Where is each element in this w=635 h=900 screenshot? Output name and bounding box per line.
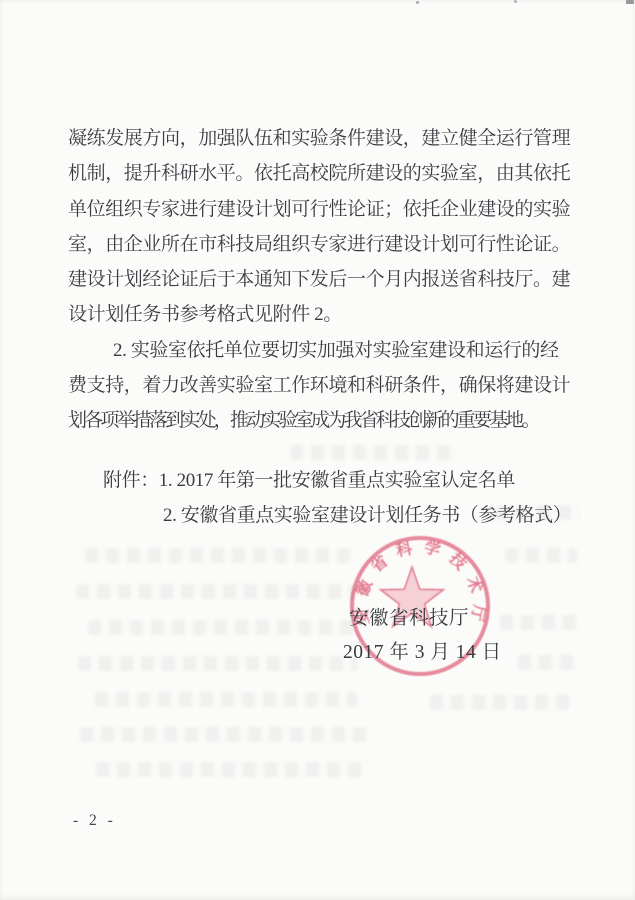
signature-block: 安徽省科技厅 2017 年 3 月 14 日 (343, 602, 502, 669)
scan-speck (416, 1, 419, 4)
body-line: 设计划任务书参考格式见附件 2。 (68, 297, 578, 332)
bleed-through-smudge (430, 695, 570, 710)
bleed-through-smudge (80, 727, 368, 742)
body-line: 单位组织专家进行建设计划可行性论证；依托企业建设的实验 (68, 192, 578, 227)
bleed-through-smudge (290, 445, 458, 460)
body-line: 凝练发展方向，加强队伍和实验条件建设，建立健全运行管理 (68, 121, 578, 156)
body-line: 室，由企业所在市科技局组织专家进行建设计划可行性论证。 (68, 227, 578, 262)
bleed-through-smudge (78, 656, 358, 671)
scan-speck (626, 0, 634, 4)
body-line: 费支持，着力改善实验室工作环境和科研条件，确保将建设计 (68, 368, 578, 403)
bleed-through-smudge (88, 620, 354, 635)
bleed-through-smudge (96, 762, 364, 777)
body-line: 机制，提升科研水平。依托高校院所建设的实验室，由其依托 (68, 156, 578, 191)
bleed-through-smudge (95, 692, 357, 707)
scan-speck (514, 0, 517, 3)
document-page: 凝练发展方向，加强队伍和实验条件建设，建立健全运行管理 机制，提升科研水平。依托… (0, 0, 635, 900)
body-line-paragraph2-start: 2. 实验室依托单位要切实加强对实验室建设和运行的经 (68, 333, 578, 368)
issuing-agency: 安徽省科技厅 (343, 602, 502, 636)
bleed-through-smudge (505, 548, 577, 563)
body-line: 建设计划经论证后于本通知下发后一个月内报送省科技厅。建 (68, 262, 578, 297)
body-text: 凝练发展方向，加强队伍和实验条件建设，建立健全运行管理 机制，提升科研水平。依托… (68, 121, 578, 439)
page-number: - 2 - (73, 812, 116, 830)
attachments-list: 附件：1. 2017 年第一批安徽省重点实验室认定名单 2. 安徽省重点实验室建… (103, 463, 571, 534)
bleed-through-smudge (518, 655, 578, 670)
bleed-through-smudge (76, 584, 354, 599)
bleed-through-smudge (500, 615, 580, 630)
attachment-item-1: 附件：1. 2017 年第一批安徽省重点实验室认定名单 (103, 463, 571, 498)
body-line: 划各项举措落到实处，推动实验室成为我省科技创新的重要基地。 (68, 403, 578, 438)
attachment-item-2: 2. 安徽省重点实验室建设计划任务书（参考格式） (103, 498, 571, 533)
issue-date: 2017 年 3 月 14 日 (343, 636, 502, 670)
bleed-through-smudge (85, 548, 353, 563)
